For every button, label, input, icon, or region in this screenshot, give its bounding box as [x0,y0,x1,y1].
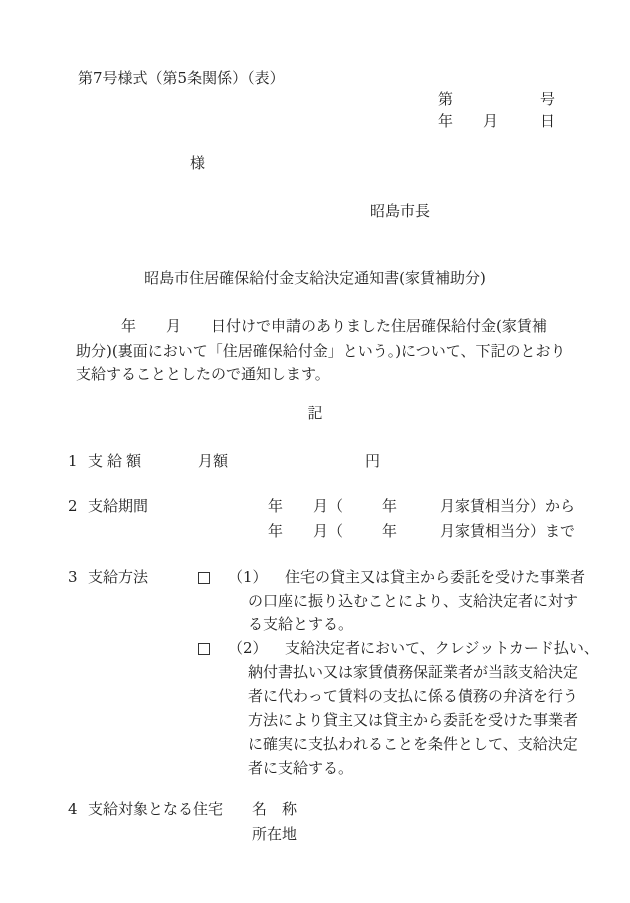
item2-from-year-label: 年 [268,498,283,515]
item4-number: 4 [68,801,78,818]
option2-line-3: 者に代わって賃料の支払に係る債務の弁済を行う [248,688,578,705]
doc-number-suffix: 号 [540,91,555,108]
body-paragraph-line-2: 助分)(裏面において「住居確保給付金」という。)について、下記のとおり [76,343,565,360]
item1-unit-label: 円 [365,453,380,470]
item2-to-tail: 月家賃相当分）まで [440,523,575,540]
doc-number-prefix: 第 [438,91,453,108]
option2-marker: （2） [228,640,268,657]
item2-number: 2 [68,498,78,515]
date-year-label: 年 [438,113,453,130]
option1-line-2: の口座に振り込むことにより、支給決定者に対す [248,593,578,610]
item2-to-year2-label: 年 [382,523,397,540]
date-day-label: 日 [540,113,555,130]
document-title: 昭島市住居確保給付金支給決定通知書(家賃補助分) [0,270,630,287]
item2-from-year2-label: 年 [382,498,397,515]
item1-label: 支給額 [88,453,145,470]
item2-from-month-label: 月（ [313,498,343,515]
option2-line-2: 納付書払い又は家賃債務保証業者が当該支給決定 [248,664,578,681]
option1-line-1: 住宅の貸主又は貸主から委託を受けた事業者 [285,569,585,586]
sender-name: 昭島市長 [370,203,430,220]
option1-checkbox-icon [198,572,210,584]
option1-line-3: る支給とする。 [248,616,353,633]
record-marker: 記 [0,405,630,422]
form-number: 第7号様式（第5条関係）（表） [78,70,285,87]
item2-to-year-label: 年 [268,523,283,540]
item4-address-label: 所在地 [252,826,297,843]
item3-number: 3 [68,569,78,586]
option2-line-6: 者に支給する。 [248,760,353,777]
item1-monthly-label: 月額 [198,453,228,470]
date-month-label: 月 [483,113,498,130]
option2-line-5: に確実に支払われることを条件として、支給決定 [248,736,578,753]
item3-label: 支給方法 [88,569,148,586]
item4-name-label: 名 称 [252,801,297,818]
item2-to-month-label: 月（ [313,523,343,540]
item1-number: 1 [68,453,78,470]
item2-label: 支給期間 [88,498,148,515]
addressee-honorific: 様 [190,155,205,172]
body-paragraph-line-3: 支給することとしたので通知します。 [76,366,330,383]
option2-line-1: 支給決定者において、クレジットカード払い、 [285,640,599,657]
document-page: 第7号様式（第5条関係）（表） 第 号 年 月 日 様 昭島市長 昭島市住居確保… [0,0,630,903]
option1-marker: （1） [228,569,268,586]
option2-line-4: 方法により貸主又は貸主から委託を受けた事業者 [248,712,578,729]
body-paragraph-line-1: 年 月 日付けで申請のありました住居確保給付金(家賃補 [76,318,547,335]
option2-checkbox-icon [198,643,210,655]
item2-from-tail: 月家賃相当分）から [440,498,575,515]
item4-label: 支給対象となる住宅 [88,801,223,818]
